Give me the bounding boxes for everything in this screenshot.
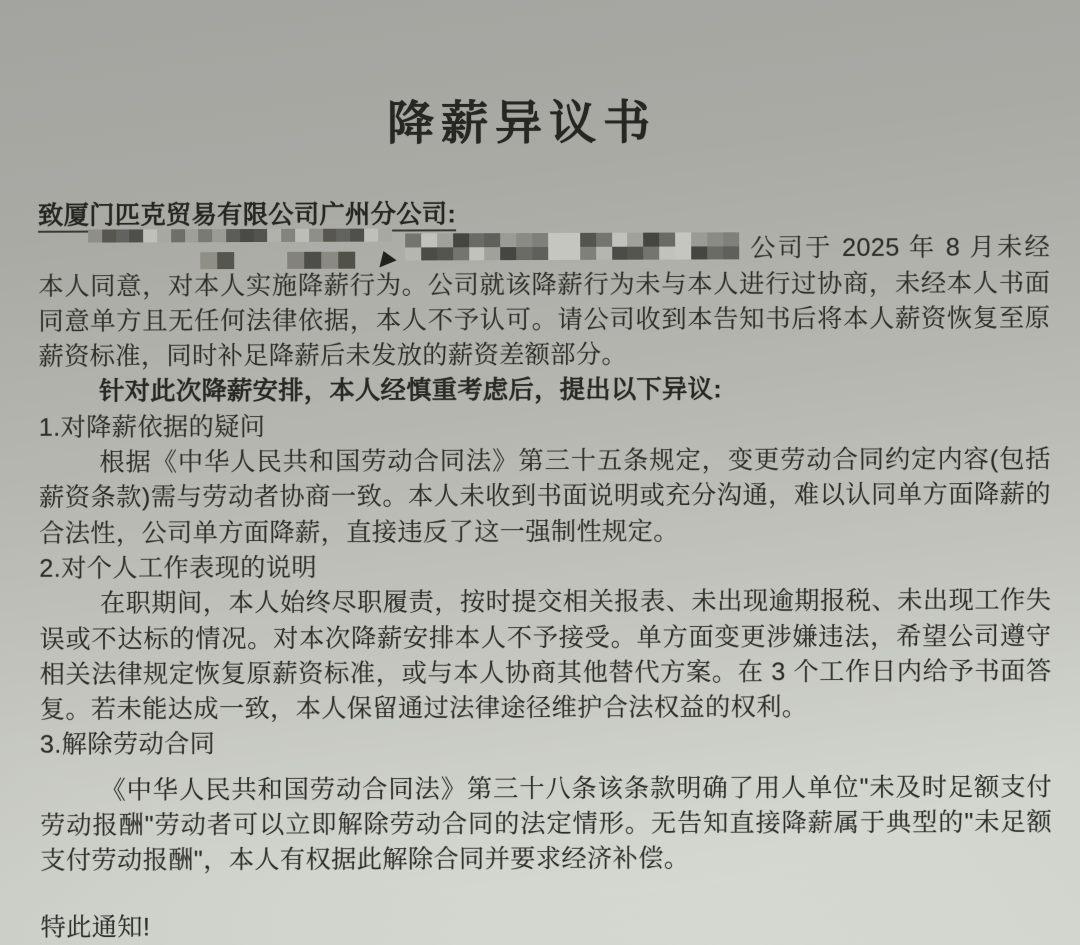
closing-line: 特此通知! [40,907,1052,945]
section-2-heading: 2.对个人工作表现的说明 [39,548,1051,587]
section-1-heading: 1.对降薪依据的疑问 [39,407,1051,446]
intro-visible-start: 公司于 2025 年 8 月未 [750,234,1025,263]
statement-line: 针对此次降薪安排，本人经慎重考虑后，提出以下异议: [39,372,1051,411]
document-photo: 降薪异议书 致厦门匹克贸易有限公司广州分公司: 公司于 2025 年 8 月未经… [0,0,1080,945]
section-2-body: 在职期间，本人始终尽职履责，按时提交相关报表、未出现逾期报税、未出现工作失误或不… [39,583,1051,728]
redaction-block-small-1 [200,252,234,269]
redaction-block-small-2 [287,252,355,269]
section-3-heading: 3.解除劳动合同 [40,725,1052,764]
section-1-body: 根据《中华人民共和国劳动合同法》第三十五条规定，变更劳动合同约定内容(包括薪资条… [39,442,1051,551]
recipient-text: 致厦门匹克贸易有限公司广州分公司: [38,200,456,232]
document-title: 降薪异议书 [0,84,1062,155]
document-body: 致厦门匹克贸易有限公司广州分公司: 公司于 2025 年 8 月未经本人同意，对… [38,195,1053,945]
redaction-mosaic-main [405,232,739,260]
section-3-body: 《中华人民共和国劳动合同法》第三十八条该条款明确了用人单位"未及时足额支付劳动报… [40,770,1052,879]
redaction-strip [88,229,392,243]
